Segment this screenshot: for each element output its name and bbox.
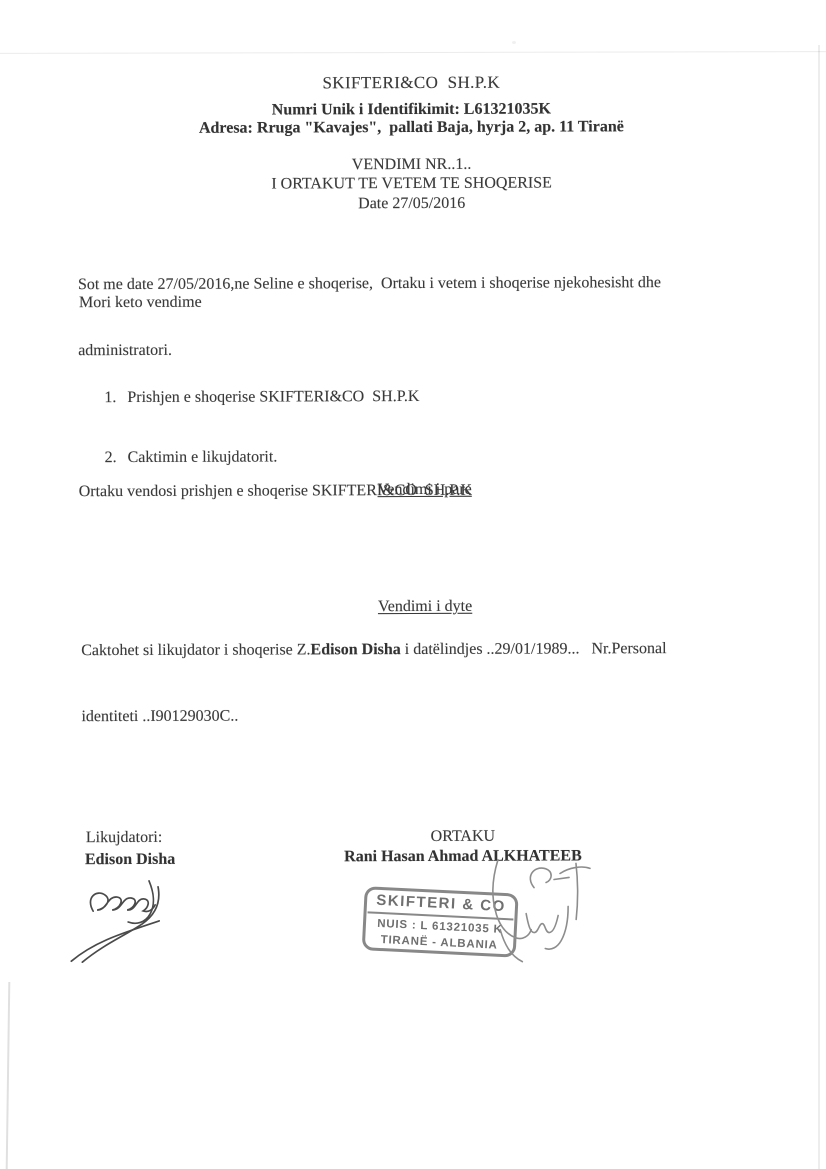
decision2-text: Caktohet si likujdator i shoqerise Z.Edi… (81, 594, 782, 772)
partner-signature (456, 851, 606, 977)
document-content: SKIFTERI&CO SH.P.K Numri Unik i Identifi… (0, 0, 826, 1169)
company-name: SKIFTERI&CO SH.P.K (0, 71, 824, 96)
liquidator-name-inline: Edison Disha (310, 641, 400, 658)
decision1-text: Ortaku vendosi prishjen e shoqerise SKIF… (79, 480, 472, 503)
list-item: 1. Prishjen e shoqerise SKIFTERI&CO SH.P… (104, 387, 419, 408)
scanned-document-page: SKIFTERI&CO SH.P.K Numri Unik i Identifi… (0, 0, 826, 1169)
decision2-text-after: i datëlindjes ..29/01/1989... Nr.Persona… (401, 640, 667, 658)
company-address: Adresa: Rruga "Kavajes", pallati Baja, h… (0, 116, 824, 141)
decision2-text-before: Caktohet si likujdator i shoqerise Z. (81, 641, 310, 659)
list-number: 1. (104, 388, 127, 408)
liquidator-label: Likujdatori: (86, 827, 163, 849)
decision-date: Date 27/05/2016 (0, 192, 825, 217)
liquidator-signature (63, 873, 223, 969)
decisions-intro: Mori keto vendime (79, 292, 202, 314)
decision2-line-2: identiteti ..I90129030C.. (81, 704, 781, 728)
liquidator-name: Edison Disha (85, 849, 175, 871)
list-text: Prishjen e shoqerise SKIFTERI&CO SH.P.K (127, 387, 419, 408)
decision2-line-1: Caktohet si likujdator i shoqerise Z.Edi… (81, 638, 781, 662)
